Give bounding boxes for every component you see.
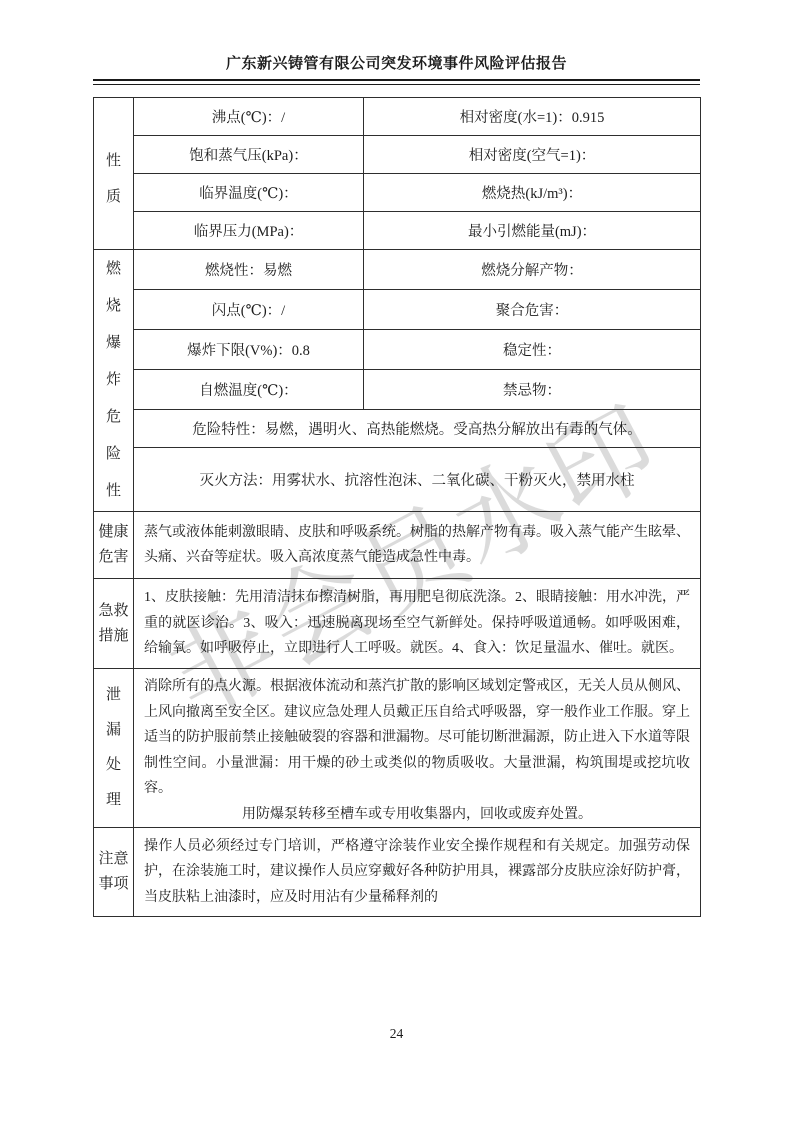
relative-density-air-cell: 相对密度(空气=1)：	[364, 136, 701, 174]
fire-fighting-methods-cell: 灭火方法：用雾状水、抗溶性泡沫、二氧化碳、干粉灭火，禁用水柱	[134, 448, 701, 512]
table-row: 性 质 沸点(℃)：/ 相对密度(水=1)：0.915	[94, 98, 701, 136]
section-label-combustion-explosion-hazard: 燃 烧 爆 炸 危 险 性	[94, 250, 134, 512]
autoignition-temperature-cell: 自燃温度(℃)：	[134, 370, 364, 410]
boiling-point-cell: 沸点(℃)：/	[134, 98, 364, 136]
table-row: 爆炸下限(V%)：0.8 稳定性：	[94, 330, 701, 370]
relative-density-water-cell: 相对密度(水=1)：0.915	[364, 98, 701, 136]
first-aid-content-cell: 1、皮肤接触：先用清洁抹布擦清树脂，再用肥皂彻底洗涤。2、眼睛接触：用水冲洗，严…	[134, 579, 701, 669]
health-hazard-paragraph: 蒸气或液体能刺激眼睛、皮肤和呼吸系统。树脂的热解产物有毒。吸入蒸气能产生眩晕、头…	[134, 515, 700, 576]
leak-handling-last-line: 用防爆泵转移至槽车或专用收集器内，回收或废弃处置。	[134, 802, 700, 828]
saturated-vapor-pressure-cell: 饱和蒸气压(kPa)：	[134, 136, 364, 174]
lower-explosion-limit-cell: 爆炸下限(V%)：0.8	[134, 330, 364, 370]
properties-label-text: 性 质	[94, 133, 133, 215]
table-row: 燃 烧 爆 炸 危 险 性 燃烧性：易燃 燃烧分解产物：	[94, 250, 701, 290]
table-row: 健康 危害 蒸气或液体能刺激眼睛、皮肤和呼吸系统。树脂的热解产物有毒。吸入蒸气能…	[94, 512, 701, 579]
leak-handling-label-text: 泄 漏 处 理	[94, 678, 133, 818]
leak-handling-paragraph: 消除所有的点火源。根据液体流动和蒸汽扩散的影响区域划定警戒区，无关人员从侧风、上…	[134, 669, 700, 802]
section-label-precautions: 注意 事项	[94, 828, 134, 917]
combustion-decomposition-products-cell: 燃烧分解产物：	[364, 250, 701, 290]
table-row: 急救 措施 1、皮肤接触：先用清洁抹布擦清树脂，再用肥皂彻底洗涤。2、眼睛接触：…	[94, 579, 701, 669]
flash-point-cell: 闪点(℃)：/	[134, 290, 364, 330]
table-row: 闪点(℃)：/ 聚合危害：	[94, 290, 701, 330]
page-number: 24	[0, 1026, 793, 1042]
first-aid-label-text: 急救 措施	[94, 599, 133, 649]
header-divider-rule	[93, 79, 700, 85]
polymerization-hazard-cell: 聚合危害：	[364, 290, 701, 330]
incompatibilities-cell: 禁忌物：	[364, 370, 701, 410]
section-label-health-hazard: 健康 危害	[94, 512, 134, 579]
leak-handling-content-cell: 消除所有的点火源。根据液体流动和蒸汽扩散的影响区域划定警戒区，无关人员从侧风、上…	[134, 669, 701, 828]
health-hazard-label-text: 健康 危害	[94, 520, 133, 570]
precautions-content-cell: 操作人员必须经过专门培训，严格遵守涂装作业安全操作规程和有关规定。加强劳动保护，…	[134, 828, 701, 917]
section-label-leak-handling: 泄 漏 处 理	[94, 669, 134, 828]
table-row: 危险特性：易燃，遇明火、高热能燃烧。受高热分解放出有毒的气体。	[94, 410, 701, 448]
critical-pressure-cell: 临界压力(MPa)：	[134, 212, 364, 250]
msds-table: 性 质 沸点(℃)：/ 相对密度(水=1)：0.915 饱和蒸气压(kPa)： …	[93, 97, 701, 917]
first-aid-paragraph: 1、皮肤接触：先用清洁抹布擦清树脂，再用肥皂彻底洗涤。2、眼睛接触：用水冲洗，严…	[134, 580, 700, 667]
precautions-label-text: 注意 事项	[94, 847, 133, 897]
precautions-paragraph: 操作人员必须经过专门培训，严格遵守涂装作业安全操作规程和有关规定。加强劳动保护，…	[134, 829, 700, 916]
page-header-title: 广东新兴铸管有限公司突发环境事件风险评估报告	[0, 52, 793, 73]
table-row: 饱和蒸气压(kPa)： 相对密度(空气=1)：	[94, 136, 701, 174]
stability-cell: 稳定性：	[364, 330, 701, 370]
min-ignition-energy-cell: 最小引燃能量(mJ)：	[364, 212, 701, 250]
table-row: 灭火方法：用雾状水、抗溶性泡沫、二氧化碳、干粉灭火，禁用水柱	[94, 448, 701, 512]
table-row: 自燃温度(℃)： 禁忌物：	[94, 370, 701, 410]
section-label-first-aid: 急救 措施	[94, 579, 134, 669]
hazard-characteristics-cell: 危险特性：易燃，遇明火、高热能燃烧。受高热分解放出有毒的气体。	[134, 410, 701, 448]
table-row: 泄 漏 处 理 消除所有的点火源。根据液体流动和蒸汽扩散的影响区域划定警戒区，无…	[94, 669, 701, 828]
table-row: 临界压力(MPa)： 最小引燃能量(mJ)：	[94, 212, 701, 250]
flammability-cell: 燃烧性：易燃	[134, 250, 364, 290]
health-hazard-content-cell: 蒸气或液体能刺激眼睛、皮肤和呼吸系统。树脂的热解产物有毒。吸入蒸气能产生眩晕、头…	[134, 512, 701, 579]
combustion-label-text: 燃 烧 爆 炸 危 险 性	[94, 251, 133, 510]
table-row: 注意 事项 操作人员必须经过专门培训，严格遵守涂装作业安全操作规程和有关规定。加…	[94, 828, 701, 917]
combustion-heat-cell: 燃烧热(kJ/m³)：	[364, 174, 701, 212]
critical-temperature-cell: 临界温度(℃)：	[134, 174, 364, 212]
table-row: 临界温度(℃)： 燃烧热(kJ/m³)：	[94, 174, 701, 212]
document-page: 广东新兴铸管有限公司突发环境事件风险评估报告 非会员水印 性 质 沸点(℃)：/…	[0, 0, 793, 1122]
section-label-properties: 性 质	[94, 98, 134, 250]
